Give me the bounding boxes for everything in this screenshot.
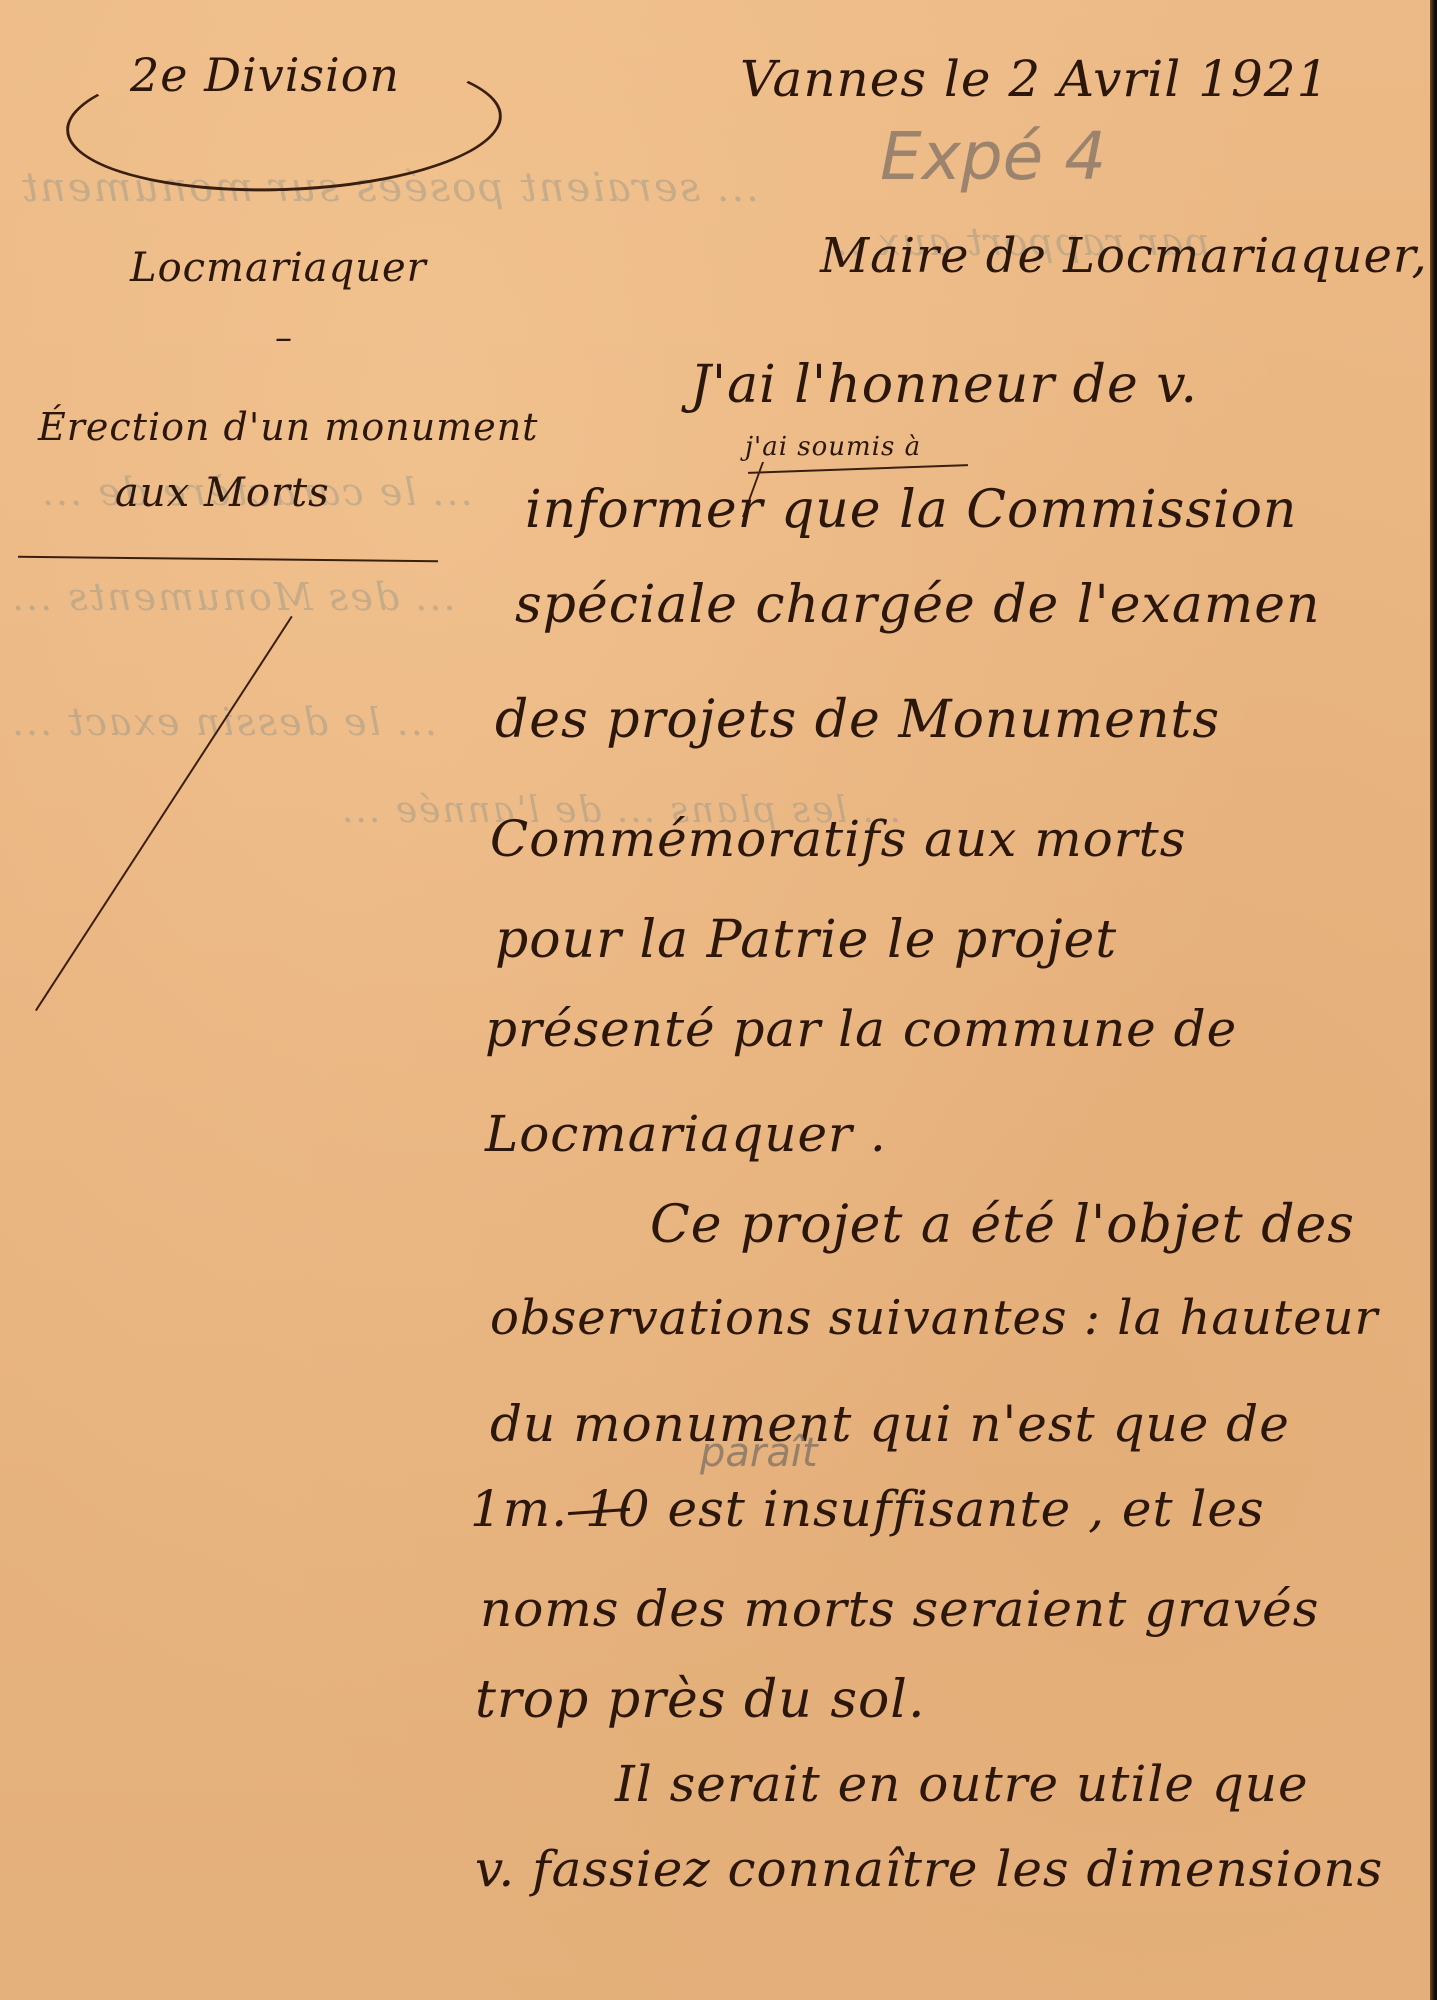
body-line: Locmariaquer . [485, 1105, 887, 1163]
body-line: trop près du sol. [475, 1670, 925, 1730]
body-line: spéciale chargée de l'examen [515, 575, 1320, 635]
subject-line-1: Érection d'un monument [38, 405, 538, 449]
division-label: 2e Division [130, 48, 400, 102]
margin-dash: – [275, 318, 293, 358]
pencil-correction: paraît [700, 1430, 818, 1476]
addressee: Maire de Locmariaquer, [820, 228, 1428, 284]
body-line: informer que la Commission [525, 480, 1297, 540]
pencil-annotation: Expé 4 [880, 118, 1106, 195]
body-line: du monument qui n'est que de [490, 1395, 1290, 1453]
commune-label: Locmariaquer [130, 245, 427, 291]
body-line: noms des morts seraient gravés [480, 1580, 1319, 1638]
body-line: Il serait en outre utile que [615, 1755, 1309, 1813]
body-line: Ce projet a été l'objet des [650, 1195, 1355, 1255]
subject-line-2: aux Morts [115, 470, 330, 516]
body-line: v. fassiez connaître les dimensions [475, 1840, 1383, 1898]
body-line: présenté par la commune de [485, 1000, 1237, 1058]
insertion-text: j'ai soumis à [745, 432, 921, 462]
body-line: Commémoratifs aux morts [490, 810, 1186, 868]
bleed-through-line: ... des Monuments ... [10, 575, 456, 619]
body-line: pour la Patrie le projet [495, 910, 1117, 970]
body-line: des projets de Monuments [495, 690, 1220, 750]
body-line: observations suivantes : la hauteur [490, 1290, 1378, 1346]
body-line: 1m. 10 est insuffisante , et les [470, 1480, 1265, 1538]
body-line: J'ai l'honneur de v. [690, 355, 1198, 415]
page-edge-shadow [1430, 0, 1437, 2000]
place-date: Vannes le 2 Avril 1921 [740, 50, 1329, 108]
